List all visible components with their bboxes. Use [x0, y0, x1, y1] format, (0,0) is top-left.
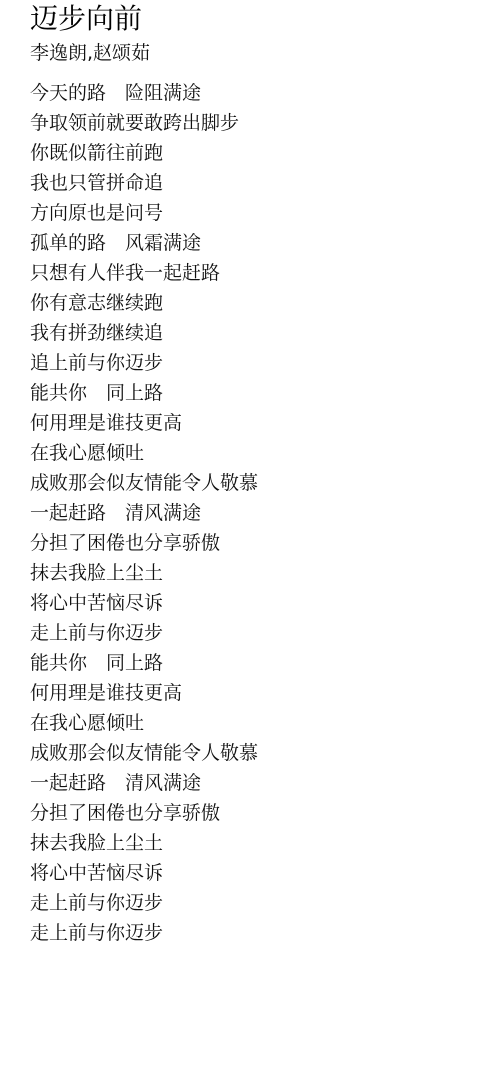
lyric-line: 今天的路 险阻满途	[30, 78, 258, 108]
lyric-line: 成败那会似友情能令人敬慕	[30, 468, 258, 498]
lyric-line: 方向原也是问号	[30, 198, 258, 228]
lyric-line: 走上前与你迈步	[30, 918, 258, 948]
lyric-line: 将心中苦恼尽诉	[30, 858, 258, 888]
lyric-line: 走上前与你迈步	[30, 618, 258, 648]
lyric-line: 抹去我脸上尘土	[30, 828, 258, 858]
lyric-line: 分担了困倦也分享骄傲	[30, 528, 258, 558]
lyric-line: 走上前与你迈步	[30, 888, 258, 918]
lyric-line: 将心中苦恼尽诉	[30, 588, 258, 618]
lyric-line: 在我心愿倾吐	[30, 438, 258, 468]
lyric-line: 孤单的路 风霜满途	[30, 228, 258, 258]
lyric-line: 抹去我脸上尘土	[30, 558, 258, 588]
song-artist: 李逸朗,赵颂茹	[30, 40, 150, 66]
lyric-line: 争取领前就要敢跨出脚步	[30, 108, 258, 138]
lyric-line: 何用理是谁技更高	[30, 408, 258, 438]
lyric-line: 成败那会似友情能令人敬慕	[30, 738, 258, 768]
lyric-line: 能共你 同上路	[30, 378, 258, 408]
song-title: 迈步向前	[30, 0, 142, 38]
lyric-line: 追上前与你迈步	[30, 348, 258, 378]
lyric-line: 一起赶路 清风满途	[30, 768, 258, 798]
lyric-line: 一起赶路 清风满途	[30, 498, 258, 528]
lyric-line: 在我心愿倾吐	[30, 708, 258, 738]
lyric-line: 分担了困倦也分享骄傲	[30, 798, 258, 828]
lyrics-list: 今天的路 险阻满途争取领前就要敢跨出脚步你既似箭往前跑我也只管拼命追方向原也是问…	[30, 78, 258, 948]
lyric-line: 只想有人伴我一起赶路	[30, 258, 258, 288]
lyric-line: 我有拼劲继续追	[30, 318, 258, 348]
lyric-line: 能共你 同上路	[30, 648, 258, 678]
lyric-line: 你既似箭往前跑	[30, 138, 258, 168]
lyric-line: 我也只管拼命追	[30, 168, 258, 198]
lyric-line: 何用理是谁技更高	[30, 678, 258, 708]
lyric-line: 你有意志继续跑	[30, 288, 258, 318]
